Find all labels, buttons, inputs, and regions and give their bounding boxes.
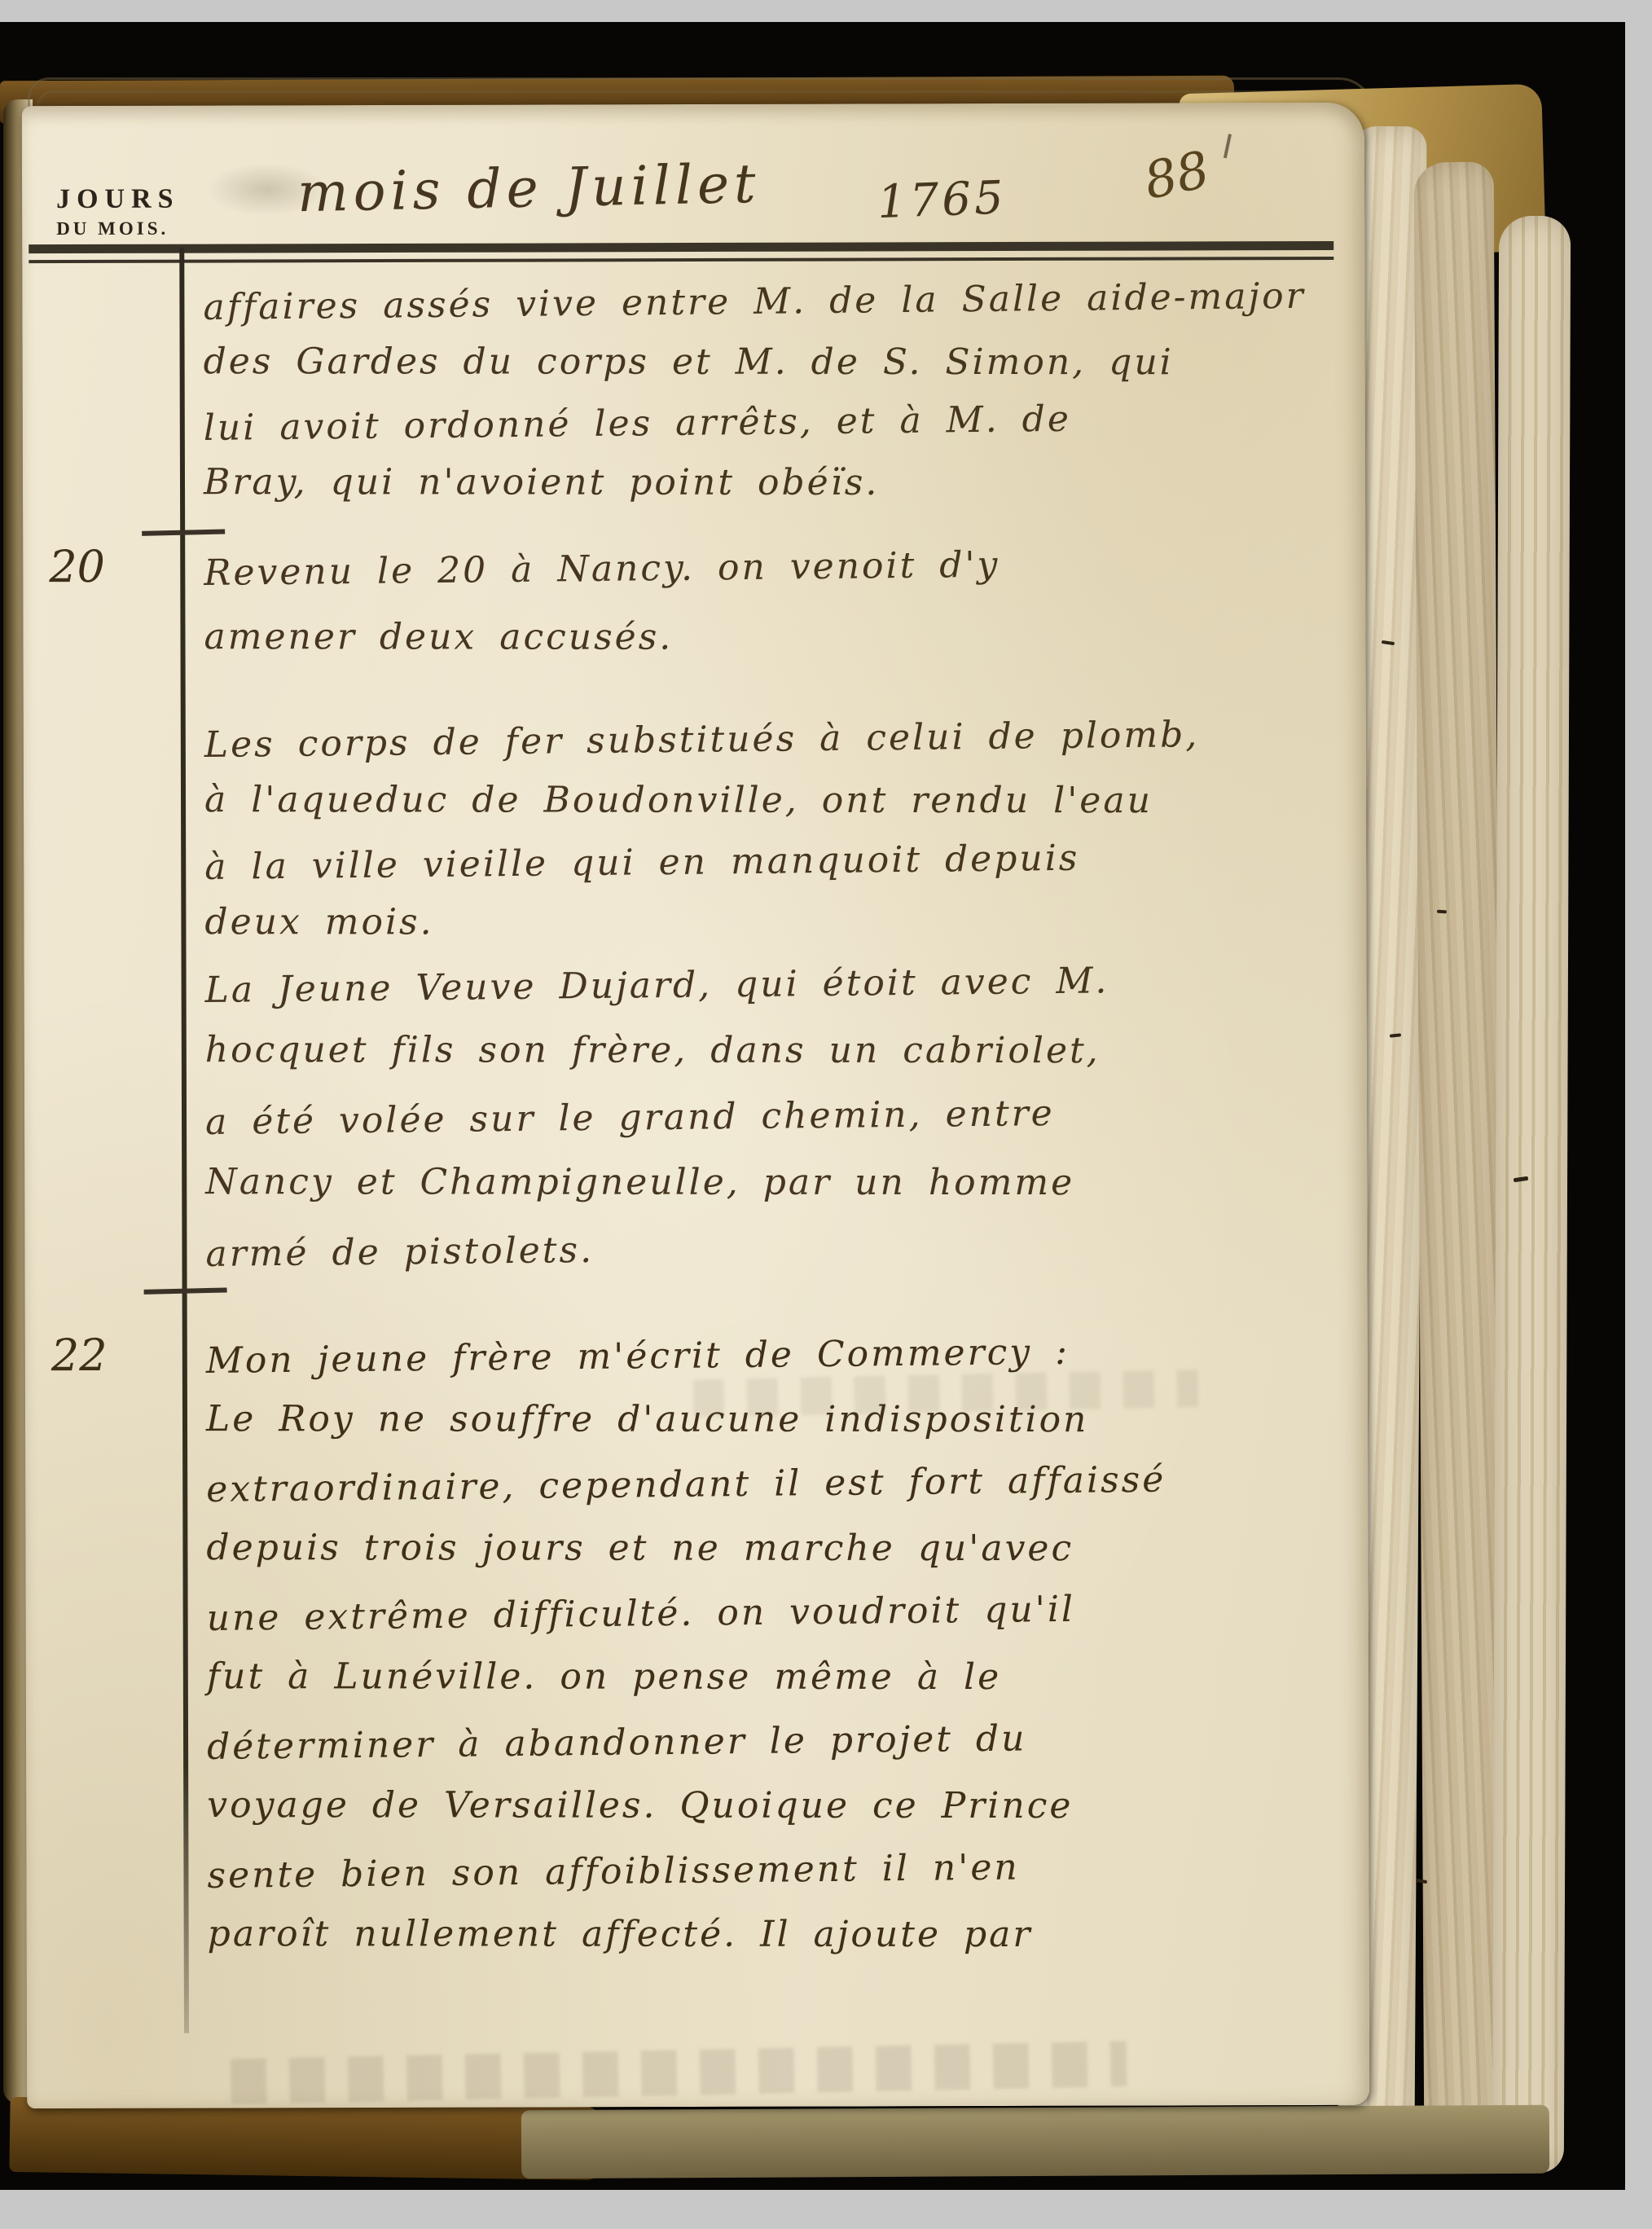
entry-aqueduct: Les corps de fer substitués à celui de p…	[204, 707, 1321, 955]
manuscript-line: armé de pistolets.	[205, 1210, 1322, 1287]
ink-speck	[1437, 910, 1447, 914]
entry-day-20: Revenu le 20 à Nancy. on venoit d'y amen…	[204, 531, 1320, 675]
manuscript-line: affaires assés vive entre M. de la Salle…	[203, 266, 1320, 338]
manuscript-line: amener deux accusés.	[204, 602, 1320, 673]
manuscript-line: à l'aqueduc de Boudonville, ont rendu l'…	[204, 769, 1320, 831]
day-number-20: 20	[49, 541, 105, 592]
manuscript-line: des Gardes du corps et M. de S. Simon, q…	[204, 332, 1320, 393]
entry-robbery: La Jeune Veuve Dujard, qui étoit avec M.…	[205, 950, 1322, 1283]
printed-column-header: JOURS DU MOIS.	[56, 184, 180, 240]
margin-vertical-rule	[179, 248, 189, 2033]
manuscript-line: deux mois.	[204, 891, 1320, 953]
manuscript-line: voyage de Versailles. Quoique ce Prince	[207, 1773, 1323, 1838]
header-double-rule	[29, 241, 1333, 263]
page-stack-edge	[1414, 162, 1505, 2152]
manuscript-line: déterminer à abandonner le projet du	[207, 1704, 1324, 1779]
entry-day-22: Mon jeune frère m'écrit de Commercy : Le…	[206, 1321, 1324, 1968]
manuscript-line: Bray, qui n'avoient point obéïs.	[204, 452, 1320, 513]
folio-number: 88	[1139, 139, 1215, 211]
printed-header-line1: JOURS	[56, 184, 180, 215]
day-number-22: 22	[51, 1330, 108, 1381]
scanned-book-photo: JOURS DU MOIS. mois de Juillet 1765 88 a…	[0, 22, 1625, 2190]
entry-continuation: affaires assés vive entre M. de la Salle…	[203, 270, 1320, 515]
manuscript-line: Les corps de fer substitués à celui de p…	[204, 703, 1320, 776]
printed-header-line2: DU MOIS.	[56, 218, 180, 240]
handwritten-year: 1765	[877, 171, 1008, 229]
manuscript-line: une extrême difficulté. on voudroit qu'i…	[206, 1575, 1323, 1651]
page-block-bottom-edge	[521, 2105, 1549, 2179]
journal-page: JOURS DU MOIS. mois de Juillet 1765 88 a…	[22, 103, 1369, 2108]
manuscript-line: extraordinaire, cependant il est fort af…	[206, 1446, 1323, 1522]
manuscript-line: La Jeune Veuve Dujard, qui étoit avec M.	[204, 946, 1321, 1023]
manuscript-line: fut à Lunéville. on pense même à le	[207, 1644, 1323, 1709]
manuscript-line: sente bien son affoiblissement il n'en	[207, 1832, 1324, 1908]
manuscript-line: à la ville vieille qui en manquoit depui…	[204, 825, 1321, 898]
manuscript-line: Revenu le 20 à Nancy. on venoit d'y	[204, 527, 1320, 609]
stray-pen-mark	[1224, 134, 1232, 158]
manuscript-line: hocquet fils son frère, dans un cabriole…	[205, 1017, 1321, 1084]
manuscript-line: a été volée sur le grand chemin, entre	[205, 1078, 1322, 1155]
page-stack-edge	[1492, 216, 1571, 2173]
entry-tick-mark	[144, 1287, 227, 1294]
book-cover-bottom-edge	[9, 2097, 604, 2180]
manuscript-line: depuis trois jours et ne marche qu'avec	[206, 1515, 1322, 1581]
manuscript-line: lui avoit ordonné les arrêts, et à M. de	[203, 387, 1320, 459]
handwritten-month-title: mois de Juillet	[297, 152, 761, 224]
bleedthrough-ghost	[231, 2041, 1127, 2104]
manuscript-line: paroît nullement affecté. Il ajoute par	[208, 1901, 1324, 1967]
manuscript-line: Nancy et Champigneulle, par un homme	[205, 1149, 1321, 1216]
